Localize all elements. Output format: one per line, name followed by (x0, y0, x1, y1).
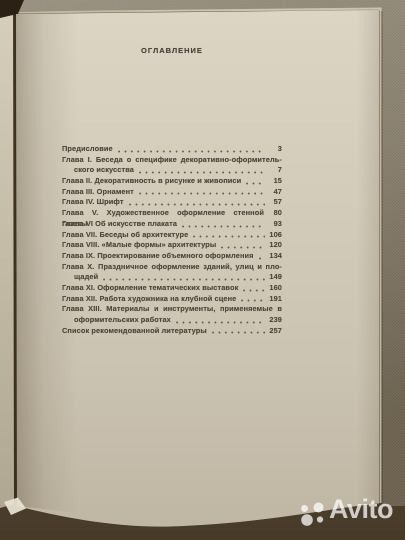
toc-entry-page-number: 80 (269, 208, 282, 219)
toc-entry-page-number: 149 (269, 272, 282, 283)
toc-row: Глава V. Художественное оформление стенн… (62, 208, 282, 219)
right-edge-shading (357, 10, 379, 504)
toc-entry-page-number: 93 (269, 219, 282, 230)
toc-entry-title: Глава VII. Беседы об архитектуре (62, 230, 188, 241)
toc-entry-title: Глава VIII. «Малые формы» архитектуры (62, 240, 216, 251)
toc-entry-title: Глава III. Орнамент (62, 187, 134, 198)
toc-row: Глава XII. Работа художника на клубной с… (62, 294, 282, 305)
toc-row: Глава VI Об искусстве плаката 93 (62, 219, 282, 230)
dot-leader (259, 257, 265, 260)
toc-row: щадей 149 (62, 272, 282, 283)
dot-leader (139, 171, 265, 174)
toc-entry-title: Глава XII. Работа художника на клубной с… (62, 294, 236, 305)
toc-entry-page-number: 15 (269, 176, 282, 187)
dot-leader (139, 192, 265, 195)
page-title: ОГЛАВЛЕНИЕ (62, 46, 282, 55)
dot-leader (129, 203, 265, 206)
dot-leader (182, 225, 265, 228)
dot-leader (246, 182, 265, 185)
book-listing-photo: ОГЛАВЛЕНИЕ Предисловие 3 Глава I. Беседа… (0, 0, 405, 540)
toc-entry-page-number: 7 (269, 165, 282, 176)
toc-entry-title: Глава II. Декоративность в рисунке и жив… (62, 176, 241, 187)
toc-entry-page-number: 3 (269, 144, 282, 155)
toc-row: ского искусства 7 (62, 165, 282, 176)
toc-entry-page-number: 191 (269, 294, 282, 305)
toc-entry-page-number: 160 (269, 283, 282, 294)
toc-row: Глава X. Праздничное оформление зданий, … (62, 262, 282, 273)
toc-entry-title: ского искусства (74, 165, 134, 176)
toc-entry-title: Глава V. Художественное оформление стенн… (62, 208, 264, 219)
toc-entry-page-number: 120 (269, 240, 282, 251)
toc-entry-page-number: 106 (269, 230, 282, 241)
toc-row: Глава XIII. Материалы и инструменты, при… (62, 304, 282, 315)
toc-entry-title: Глава I. Беседа о специфике декоративно-… (62, 155, 282, 166)
toc-row: Глава VII. Беседы об архитектуре 106 (62, 230, 282, 241)
dot-leader (176, 321, 265, 324)
dot-leader (241, 299, 265, 302)
toc-row: Глава III. Орнамент 47 (62, 187, 282, 198)
toc-entry-title: щадей (74, 272, 98, 283)
toc-entry-title: Глава IX. Проектирование объемного оформ… (62, 251, 254, 262)
avito-logo-icon (296, 496, 328, 528)
toc-row: Глава IV. Шрифт 57 (62, 197, 282, 208)
toc-entry-title: Глава IV. Шрифт (62, 197, 124, 208)
table-of-contents: Предисловие 3 Глава I. Беседа о специфик… (62, 144, 282, 336)
toc-entry-title: Глава XI. Оформление тематических выстав… (62, 283, 238, 294)
dot-leader (193, 235, 265, 238)
toc-entry-title: Глава VI Об искусстве плаката (62, 219, 177, 230)
dot-leader (103, 278, 265, 281)
toc-entry-title: Предисловие (62, 144, 113, 155)
toc-row: оформительских работах 239 (62, 315, 282, 326)
toc-row: Глава VIII. «Малые формы» архитектуры 12… (62, 240, 282, 251)
toc-entry-page-number: 239 (269, 315, 282, 326)
dot-leader (212, 331, 265, 334)
avito-watermark-text: Avito (329, 490, 393, 528)
dot-leader (243, 289, 265, 292)
toc-entry-page-number: 257 (269, 326, 282, 337)
toc-entry-title: Глава X. Праздничное оформление зданий, … (62, 262, 282, 273)
toc-row: Глава I. Беседа о специфике декоративно-… (62, 155, 282, 166)
toc-entry-title: Список рекомендованной литературы (62, 326, 207, 337)
dot-leader (118, 150, 265, 153)
toc-row: Глава IX. Проектирование объемного оформ… (62, 251, 282, 262)
dot-leader (221, 246, 265, 249)
avito-watermark: Avito (296, 496, 400, 536)
toc-row: Предисловие 3 (62, 144, 282, 155)
left-page-stack-edge (0, 15, 14, 508)
toc-entry-title: Глава XIII. Материалы и инструменты, при… (62, 304, 282, 315)
toc-row: Глава XI. Оформление тематических выстав… (62, 283, 282, 294)
toc-entry-page-number: 47 (269, 187, 282, 198)
toc-entry-page-number: 57 (269, 197, 282, 208)
toc-row: Список рекомендованной литературы 257 (62, 326, 282, 337)
toc-row: Глава II. Декоративность в рисунке и жив… (62, 176, 282, 187)
toc-entry-title: оформительских работах (74, 315, 171, 326)
toc-entry-page-number: 134 (269, 251, 282, 262)
